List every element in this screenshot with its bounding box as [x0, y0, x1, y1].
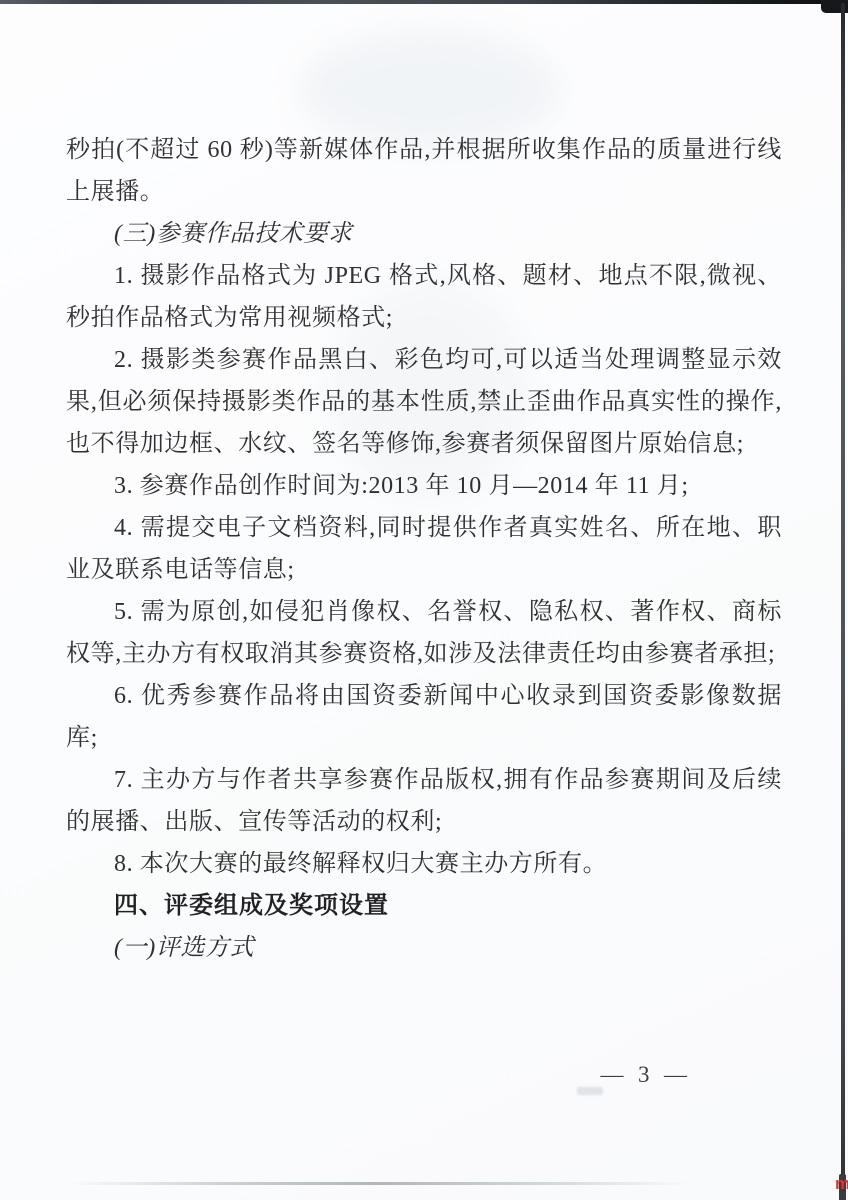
scanned-document-page: 秒拍(不超过 60 秒)等新媒体作品,并根据所收集作品的质量进行线上展播。 (三… [0, 0, 848, 1200]
list-item-1: 1. 摄影作品格式为 JPEG 格式,风格、题材、地点不限,微视、秒拍作品格式为… [66, 255, 782, 339]
list-item-2: 2. 摄影类参赛作品黑白、彩色均可,可以适当处理调整显示效果,但必须保持摄影类作… [66, 339, 782, 465]
scan-smudge-artifact [577, 1087, 603, 1095]
page-number: — 3 — [601, 1062, 689, 1088]
scan-top-edge [0, 0, 848, 4]
scan-right-edge [841, 3, 845, 1200]
list-item-8: 8. 本次大赛的最终解释权归大赛主办方所有。 [66, 843, 782, 885]
document-body: 秒拍(不超过 60 秒)等新媒体作品,并根据所收集作品的质量进行线上展播。 (三… [66, 129, 782, 969]
list-item-6: 6. 优秀参赛作品将由国资委新闻中心收录到国资委影像数据库; [66, 675, 782, 759]
list-item-7: 7. 主办方与作者共享参赛作品版权,拥有作品参赛期间及后续的展播、出版、宣传等活… [66, 759, 782, 843]
subsection-heading-selection-method: (一)评选方式 [66, 927, 782, 969]
list-item-4: 4. 需提交电子文档资料,同时提供作者真实姓名、所在地、职业及联系电话等信息; [66, 507, 782, 591]
list-item-3: 3. 参赛作品创作时间为:2013 年 10 月—2014 年 11 月; [66, 465, 782, 507]
subsection-heading-technical-requirements: (三)参赛作品技术要求 [66, 213, 782, 255]
list-item-5: 5. 需为原创,如侵犯肖像权、名誉权、隐私权、著作权、商标权等,主办方有权取消其… [66, 591, 782, 675]
section-heading-judges-and-awards: 四、评委组成及奖项设置 [66, 885, 782, 927]
paragraph-continuation: 秒拍(不超过 60 秒)等新媒体作品,并根据所收集作品的质量进行线上展播。 [66, 129, 782, 213]
red-watermark-fragment: m [835, 1174, 848, 1194]
scan-artifact-line [70, 1182, 690, 1185]
